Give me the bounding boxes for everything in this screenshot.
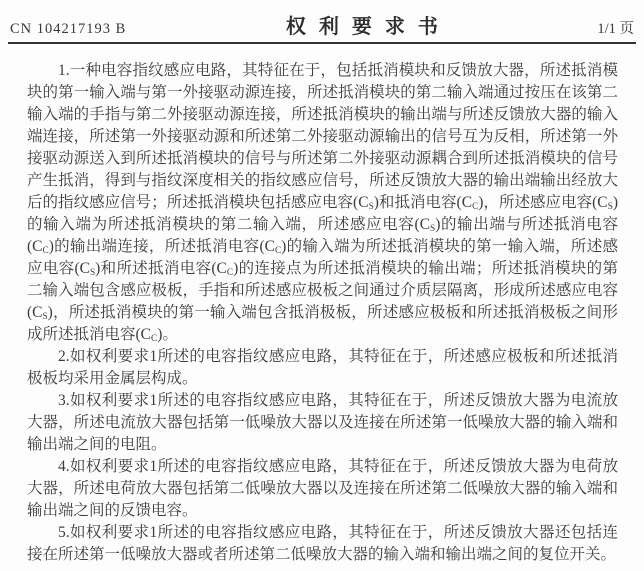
patent-claims-page: CN 104217193 B 权利要求书 1/1 页 1.一种电容指纹感应电路，… [0,0,644,571]
claim-paragraph-2: 2.如权利要求1所述的电容指纹感应电路，其特征在于，所述感应极板和所述抵消极板均… [27,346,618,390]
page-header: CN 104217193 B 权利要求书 1/1 页 [0,0,644,39]
page-indicator: 1/1 页 [597,17,634,38]
claim-paragraph-4: 4.如权利要求1所述的电容指纹感应电路，其特征在于，所述反馈放大器为电荷放大器，… [27,456,618,522]
claim-paragraph-1: 1.一种电容指纹感应电路，其特征在于，包括抵消模块和反馈放大器，所述抵消模块的第… [27,60,618,346]
header-divider [8,42,636,44]
claim-paragraph-3: 3.如权利要求1所述的电容指纹感应电路，其特征在于，所述反馈放大器为电流放大器，… [27,390,618,456]
document-title: 权利要求书 [286,10,451,39]
claims-section: 1.一种电容指纹感应电路，其特征在于，包括抵消模块和反馈放大器，所述抵消模块的第… [27,60,618,566]
patent-number: CN 104217193 B [10,21,126,38]
claim-paragraph-5: 5.如权利要求1所述的电容指纹感应电路，其特征在于，所述反馈放大器还包括连接在所… [27,522,618,566]
